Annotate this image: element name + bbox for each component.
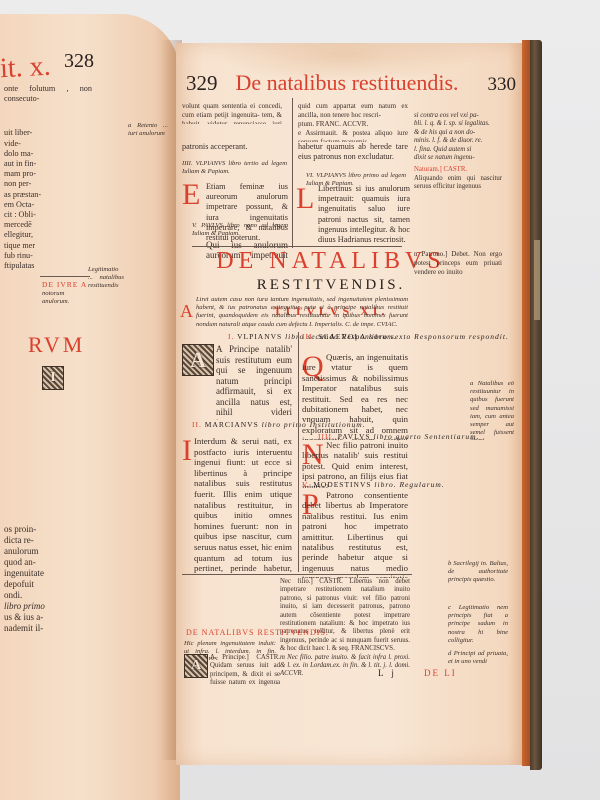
woodcut-initial-A-small: A xyxy=(184,654,208,678)
dropcap-I: I xyxy=(182,436,192,466)
text-line: uit liber- xyxy=(4,128,92,138)
text-line: nademit il- xyxy=(4,623,84,634)
text-line: ondi. xyxy=(4,590,84,601)
text-line: as præstan- xyxy=(4,190,92,200)
running-title: De natalibus restituendis. xyxy=(236,70,482,96)
law-2-text: Interdum & serui nati, ex postfacto iuri… xyxy=(194,436,292,576)
bottom-gloss: A Principe.] CASTR. Quidam seruus iuit a… xyxy=(210,654,280,688)
law-1-text: A Principe natalib' suis restitutum eum … xyxy=(216,344,292,420)
text-line: vide- xyxy=(4,139,92,149)
law-5-text: Patrono consentiente debet libertus ab I… xyxy=(302,490,408,578)
law-text-habetur: habetur quamuis ab herede tare eius patr… xyxy=(298,142,408,172)
text-line: aut in fin- xyxy=(4,159,92,169)
dropcap-A-summary: A xyxy=(180,296,193,326)
top-text-col2: quid cum appartat eum natum ex ancilla, … xyxy=(298,102,408,142)
law-number: II. xyxy=(192,420,202,429)
text-line: onte folutum , non consecuto- xyxy=(4,84,92,104)
text-line: os proin- xyxy=(4,524,84,535)
dropcap-L: L xyxy=(296,184,314,214)
text-line: dolo ma- xyxy=(4,149,92,159)
woodcut-initial-A: A xyxy=(182,344,214,376)
catchword: DE LI xyxy=(424,668,457,678)
top-text-col1: volunt quam sententia ei concedi, cum et… xyxy=(182,102,282,124)
text-line: e Assirmauit. & postea aliquo iure seruu… xyxy=(298,129,408,142)
text-line: Naturam.] CASTR. xyxy=(414,166,502,174)
text-line: anulorum xyxy=(4,546,84,557)
text-line: Aliquando enim qui nascitur seruus effic… xyxy=(414,175,502,192)
text-line: bli. l. q. & l. sp. si legalitas. xyxy=(414,120,502,128)
left-page-number: 328 xyxy=(64,50,94,73)
margin-note: d Principi ad priuata, et in uno vendi xyxy=(448,650,508,670)
left-margin-note: Legitimatio ... natalibus restituendis xyxy=(88,266,124,336)
law-author: MARCIANVS xyxy=(205,420,259,429)
text-line: em Octa- xyxy=(4,200,92,210)
text-patronis: patronis acceperant. xyxy=(182,142,282,152)
margin-note: c Legitimatio nem principis fiat a princ… xyxy=(448,604,508,648)
dropcap-E: E xyxy=(182,180,200,210)
gloss-text: Nec filio.] CASTR. Libertus non debet im… xyxy=(280,578,410,654)
printer-signature: L j xyxy=(378,668,397,678)
law-text-6: Libertinus si ius anulorum impetrauit: q… xyxy=(318,184,410,242)
left-large-heading: RVM xyxy=(28,332,85,358)
law-author: VLPIANVS xyxy=(237,332,282,341)
title-summary: Liret autem casu non iura tantum ingenui… xyxy=(196,296,408,328)
text-line: us & ius a- xyxy=(4,612,84,623)
left-running-head: it. x. xyxy=(0,51,51,86)
leather-binding xyxy=(530,40,542,770)
column-rule xyxy=(298,332,299,572)
text-line: ellegitur, xyxy=(4,230,92,240)
column-rule xyxy=(292,98,293,248)
page-number-right: 330 xyxy=(488,74,517,96)
text-line: ptum. FRANC. ACCVR. xyxy=(298,120,408,129)
left-section-heading: DE IVRE A xyxy=(42,280,87,289)
text-line: depofuit xyxy=(4,579,84,590)
law-author: SCAEVOLA xyxy=(318,332,366,341)
text-line: mercedē xyxy=(4,220,92,230)
left-page: it. x. 328 onte folutum , non consecuto-… xyxy=(0,14,180,800)
text-line: cit : Obli- xyxy=(4,210,92,220)
law-heading-5: V. PAVLVS libro nono ad legem Iuliam & P… xyxy=(192,222,288,238)
bottom-section-heading: DE NATALIBVS RESTITVENDIS. xyxy=(186,628,329,637)
text-line: tique mer xyxy=(4,241,92,251)
margin-note: a Natalibus eō restituuntur in quibus fu… xyxy=(470,380,514,440)
text-line: ftipulatas xyxy=(4,261,92,271)
law-number: I. xyxy=(228,332,234,341)
running-header: 329 De natalibus restituendis. 330 xyxy=(186,70,516,96)
left-section-subheading: notorum anulorum. xyxy=(42,290,82,306)
text-line: dixit se natum ingenu- xyxy=(414,154,502,162)
text-line: libro primo xyxy=(4,601,84,612)
left-rule xyxy=(40,276,90,277)
text-line: minis. l. f. & de diuor. re. xyxy=(414,137,502,145)
page-number-left: 329 xyxy=(186,71,218,96)
law-3-text: Quæris, an ingenuitatis iure vtatur is q… xyxy=(302,352,408,440)
text-line: mam pro- xyxy=(4,169,92,179)
text-line: dicta re- xyxy=(4,535,84,546)
gloss-column-top: si contra eos vel vxi pa- bli. l. q. & l… xyxy=(414,112,502,252)
text-line: quod an- xyxy=(4,557,84,568)
text-line: l. fina. Quid autem si xyxy=(414,146,502,154)
text-line: & de his qui a non do- xyxy=(414,129,502,137)
gloss-rule xyxy=(182,574,412,575)
text-line: fub rinu- xyxy=(4,251,92,261)
text-line: si contra eos vel vxi pa- xyxy=(414,112,502,120)
left-woodcut-initial: I xyxy=(42,366,64,390)
law-number: III. xyxy=(302,332,315,341)
heading-rule xyxy=(192,246,402,247)
binding-wear xyxy=(534,240,540,320)
gloss-text: n Patrono.] Debet. Non ergo potest princ… xyxy=(414,250,502,276)
law-author: MODESTINVS xyxy=(313,480,371,489)
law-heading-4: IIII. VLPIANVS libro tertio ad legem Iul… xyxy=(182,160,287,176)
text-line: quid cum appartat eum natum ex ancilla, … xyxy=(298,102,408,120)
left-lower-text: os proin- dicta re- anulorum quod an- in… xyxy=(4,524,84,634)
margin-note: b Sacrilegij in. Baltas, de authoritate … xyxy=(448,560,508,600)
text-line: non per- xyxy=(4,179,92,189)
text-line: ingenuitate xyxy=(4,568,84,579)
